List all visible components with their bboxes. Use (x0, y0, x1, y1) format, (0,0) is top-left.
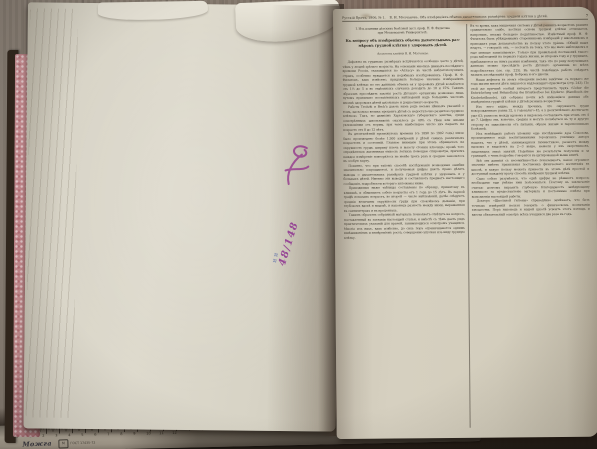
right-printed-page: Русскій Врачъ, 1906, № 1. В. И. Молчанов… (333, 7, 597, 439)
left-blank-pages (24, 2, 340, 431)
page-shading-overlay (333, 7, 597, 439)
left-pages-shading (24, 2, 340, 431)
photo-of-open-book: 0123456789101112 Можга М ГОСТ 17435-72 Р… (0, 0, 597, 449)
